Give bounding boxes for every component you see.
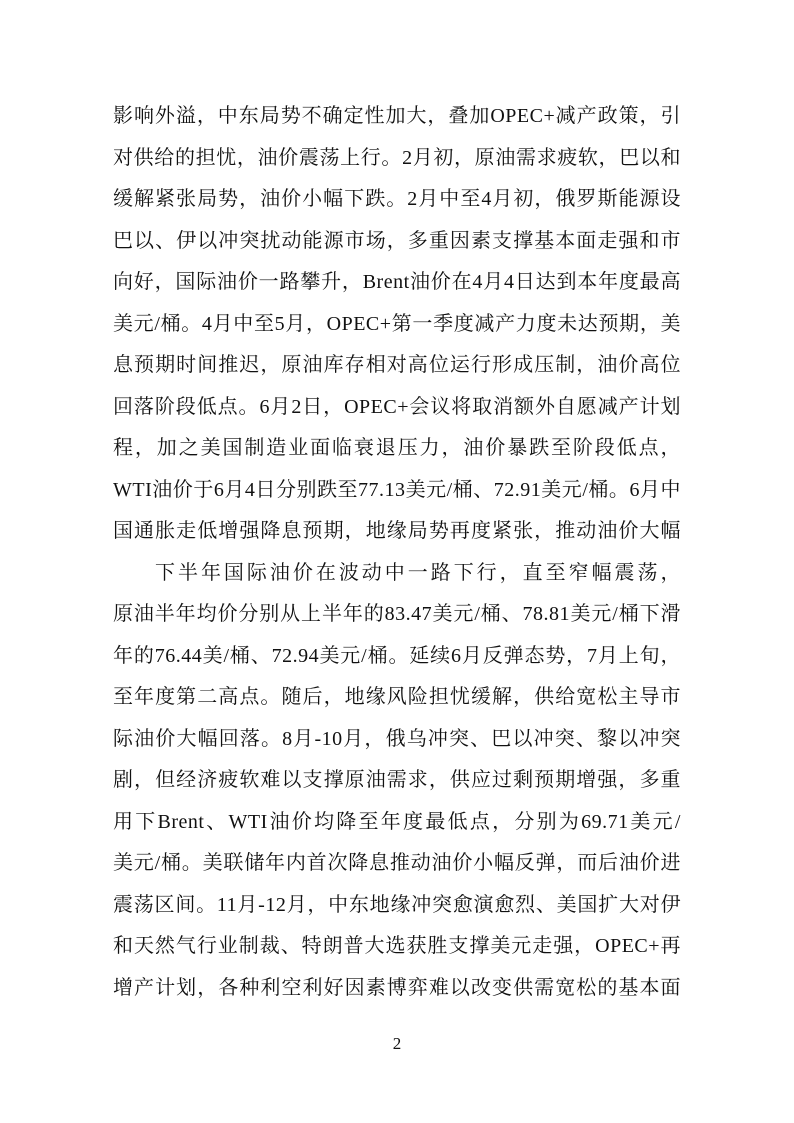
text-line: 巴以、伊以冲突扰动能源市场，多重因素支撑基本面走强和市场预期 [113,221,681,263]
text-line: 美元/桶。4月中至5月，OPEC+第一季度减产力度未达预期，美联储降 [113,304,681,346]
page-number: 2 [0,1032,794,1056]
text-line: 际油价大幅回落。8月-10月，俄乌冲突、巴以冲突、黎以冲突再度加 [113,719,681,761]
text-line: 国通胀走低增强降息预期，地缘局势再度紧张，推动油价大幅反弹。 [113,511,681,553]
text-line: 向好，国际油价一路攀升，Brent油价在4月4日达到本年度最高点91.09 [113,262,681,304]
text-line: 回落阶段低点。6月2日，OPEC+会议将取消额外自愿减产计划提上日 [113,387,681,429]
text-line-paragraph-start: 下半年国际油价在波动中一路下行，直至窄幅震荡，Brent、WTI [113,553,681,595]
body-text: 影响外溢，中东局势不确定性加大，叠加OPEC+减产政策，引发市场 对供给的担忧，… [113,96,681,1009]
text-line: 美元/桶。美联储年内首次降息推动油价小幅反弹，而后油价进入窄幅 [113,843,681,885]
text-line: 影响外溢，中东局势不确定性加大，叠加OPEC+减产政策，引发市场 [113,96,681,138]
text-line: 和天然气行业制裁、特朗普大选获胜支撑美元走强，OPEC+再次推迟 [113,926,681,968]
text-line: 用下Brent、WTI油价均降至年度最低点，分别为69.71美元/桶，66.32 [113,802,681,844]
text-line: 年的76.44美/桶、72.94美元/桶。延续6月反弹态势，7月上旬，油价攀 [113,636,681,678]
text-line: 剧，但经济疲软难以支撑原油需求，供应过剩预期增强，多重因素作 [113,760,681,802]
text-line: 原油半年均价分别从上半年的83.47美元/桶、78.81美元/桶下滑至下半 [113,594,681,636]
text-line: 息预期时间推迟，原油库存相对高位运行形成压制，油价高位震荡后 [113,345,681,387]
text-line: 对供给的担忧，油价震荡上行。2月初，原油需求疲软，巴以和谈暂时 [113,138,681,180]
text-line: 增产计划，各种利空利好因素博弈难以改变供需宽松的基本面态势， [113,968,681,1010]
text-line: 震荡区间。11月-12月，中东地缘冲突愈演愈烈、美国扩大对伊朗石油 [113,885,681,927]
text-line: WTI油价于6月4日分别跌至77.13美元/桶、72.91美元/桶。6月中旬，美 [113,470,681,512]
text-line: 至年度第二高点。随后，地缘风险担忧缓解，供给宽松主导市场，国 [113,677,681,719]
document-page: 影响外溢，中东局势不确定性加大，叠加OPEC+减产政策，引发市场 对供给的担忧，… [0,0,794,1123]
text-line: 缓解紧张局势，油价小幅下跌。2月中至4月初，俄罗斯能源设施遭袭， [113,179,681,221]
text-line: 程，加之美国制造业面临衰退压力，油价暴跌至阶段低点，Brent油价、 [113,428,681,470]
